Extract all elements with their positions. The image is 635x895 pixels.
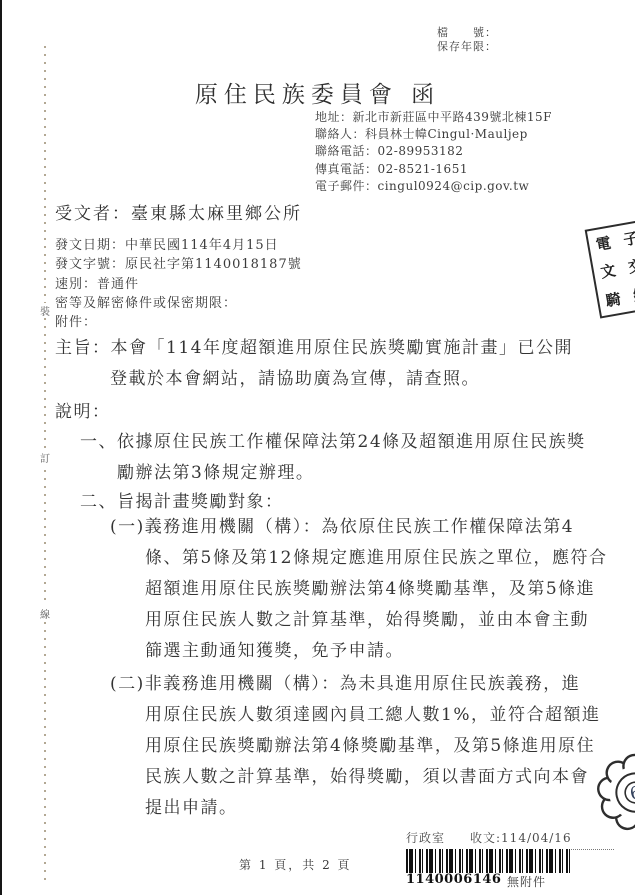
item1-line: 勵辦法第3條規定辦理。 [117,458,586,489]
item2-text: 旨揭計畫獎勵對象： [117,492,284,512]
receive-office: 行政室 [406,831,445,845]
exchange-stamp-char: 文 [599,260,617,283]
exchange-stamp-char: 子 [622,227,635,250]
explanation-subitem-2: (二)非義務進用機關（構）：為未具進用原住民族義務，進 用原住民族人數須達國內員… [110,669,600,824]
subject-label: 主旨： [55,338,111,358]
exchange-seam-stamp: 電 子 文 交 騎 縫 [585,219,635,318]
meta-block: 發文日期：中華民國114年4月15日 發文字號：原民社字第1140018187號… [55,236,302,332]
item1-text: 依據原住民族工作權保障法第24條及超額進用原住民族獎 [117,432,586,452]
explanation-item-1: 一、依據原住民族工作權保障法第24條及超額進用原住民族獎 勵辦法第3條規定辦理。 [80,427,586,489]
binding-mark-ding: 訂 [37,450,53,465]
receive-date: 收文:114/04/16 [470,829,572,846]
barcode-number: 1140006146 [406,872,501,887]
contact-person: 聯絡人：科員林士幃Cingul·Mauljep [315,126,552,143]
official-letter-page: 裝 訂 線 檔 號： 保存年限： 原住民族委員會 函 地址：新北市新莊區中平路4… [0,0,635,895]
binding-dotted-line [44,46,46,886]
contact-block: 地址：新北市新莊區中平路439號北棟15F 聯絡人：科員林士幃Cingul·Ma… [315,109,552,195]
meta-speed: 速別：普通件 [55,275,302,294]
sub2-line: 用原住民族獎勵辦法第4條獎勵基準，及第5條進用原住 [145,731,600,762]
recipient-line: 受文者：臺東縣太麻里鄉公所 [55,199,302,224]
sub1-line: 超額進用原住民族獎勵辦法第4條獎勵基準，及第5條進 [145,574,607,605]
sub1-line: (一)義務進用機關（構）：為依原住民族工作權保障法第4 [110,512,607,543]
barcode [406,849,570,873]
contact-fax: 傳真電話：02-8521-1651 [315,161,552,178]
sub2-line: 用原住民族人數須達國內員工總人數1%，並符合超額進 [145,700,600,731]
explanation-heading: 說明： [55,397,111,428]
retention-label: 保存年限： [437,40,497,54]
subject-section: 主旨：本會「114年度超額進用原住民族獎勵實施計畫」已公開 登載於本會網站，請協… [55,333,573,395]
item2-label: 二、 [80,492,117,512]
explanation-subitem-1: (一)義務進用機關（構）：為依原住民族工作權保障法第4 條、第5條及第12條規定… [110,512,607,667]
meta-doc-no: 發文字號：原民社字第1140018187號 [55,255,302,274]
binding-mark-xian: 線 [37,606,53,621]
exchange-stamp-char: 縫 [632,283,635,306]
exchange-stamp-char: 交 [627,255,635,278]
subject-line: 登載於本會網站，請協助廣為宣傳，請查照。 [110,364,573,395]
sub1-line: 用原住民族人數之計算基準，始得獎勵，並由本會主動 [145,605,607,636]
subject-text: 本會「114年度超額進用原住民族獎勵實施計畫」已公開 [111,338,573,358]
subject-line: 主旨：本會「114年度超額進用原住民族獎勵實施計畫」已公開 [55,333,573,364]
sub1-line: 篩選主動通知獲獎，免予申請。 [145,636,607,667]
meta-attachment: 附件： [55,313,302,332]
meta-date: 發文日期：中華民國114年4月15日 [55,236,302,255]
sub1-text: 義務進用機關（構）：為依原住民族工作權保障法第4 [145,517,574,537]
contact-phone: 聯絡電話：02-89953182 [315,143,552,160]
contact-address: 地址：新北市新莊區中平路439號北棟15F [315,109,552,126]
sub1-line: 條、第5條及第12條規定應進用原住民族之單位，應符合 [145,543,607,574]
sub2-line: 民族人數之計算基準，始得獎勵，須以書面方式向本會 [145,762,600,793]
receive-stamp-row: 行政室 收文:114/04/16 [406,829,614,850]
binding-mark-zhuang: 裝 [37,303,53,318]
sub2-label: (二) [110,674,145,694]
sub2-line: 提出申請。 [145,793,600,824]
item1-line: 一、依據原住民族工作權保障法第24條及超額進用原住民族獎 [80,427,586,458]
file-no-label: 檔 號： [437,26,497,40]
contact-email: 電子郵件：cingul0924@cip.gov.tw [315,178,552,195]
item1-label: 一、 [80,432,117,452]
sub2-text: 非義務進用機關（構）：為未具進用原住民族義務，進 [145,674,581,694]
page-number: 第 1 頁，共 2 頁 [239,856,352,873]
document-title: 原住民族委員會 函 [0,76,635,109]
scan-left-edge [0,0,2,895]
attachment-note: 無附件 [507,873,546,890]
file-header-block: 檔 號： 保存年限： [437,26,497,54]
meta-security: 密等及解密條件或保密期限： [55,294,302,313]
exchange-stamp-char: 騎 [604,288,622,311]
sub1-label: (一) [110,517,145,537]
exchange-stamp-char: 電 [594,232,612,255]
sub2-line: (二)非義務進用機關（構）：為未具進用原住民族義務，進 [110,669,600,700]
